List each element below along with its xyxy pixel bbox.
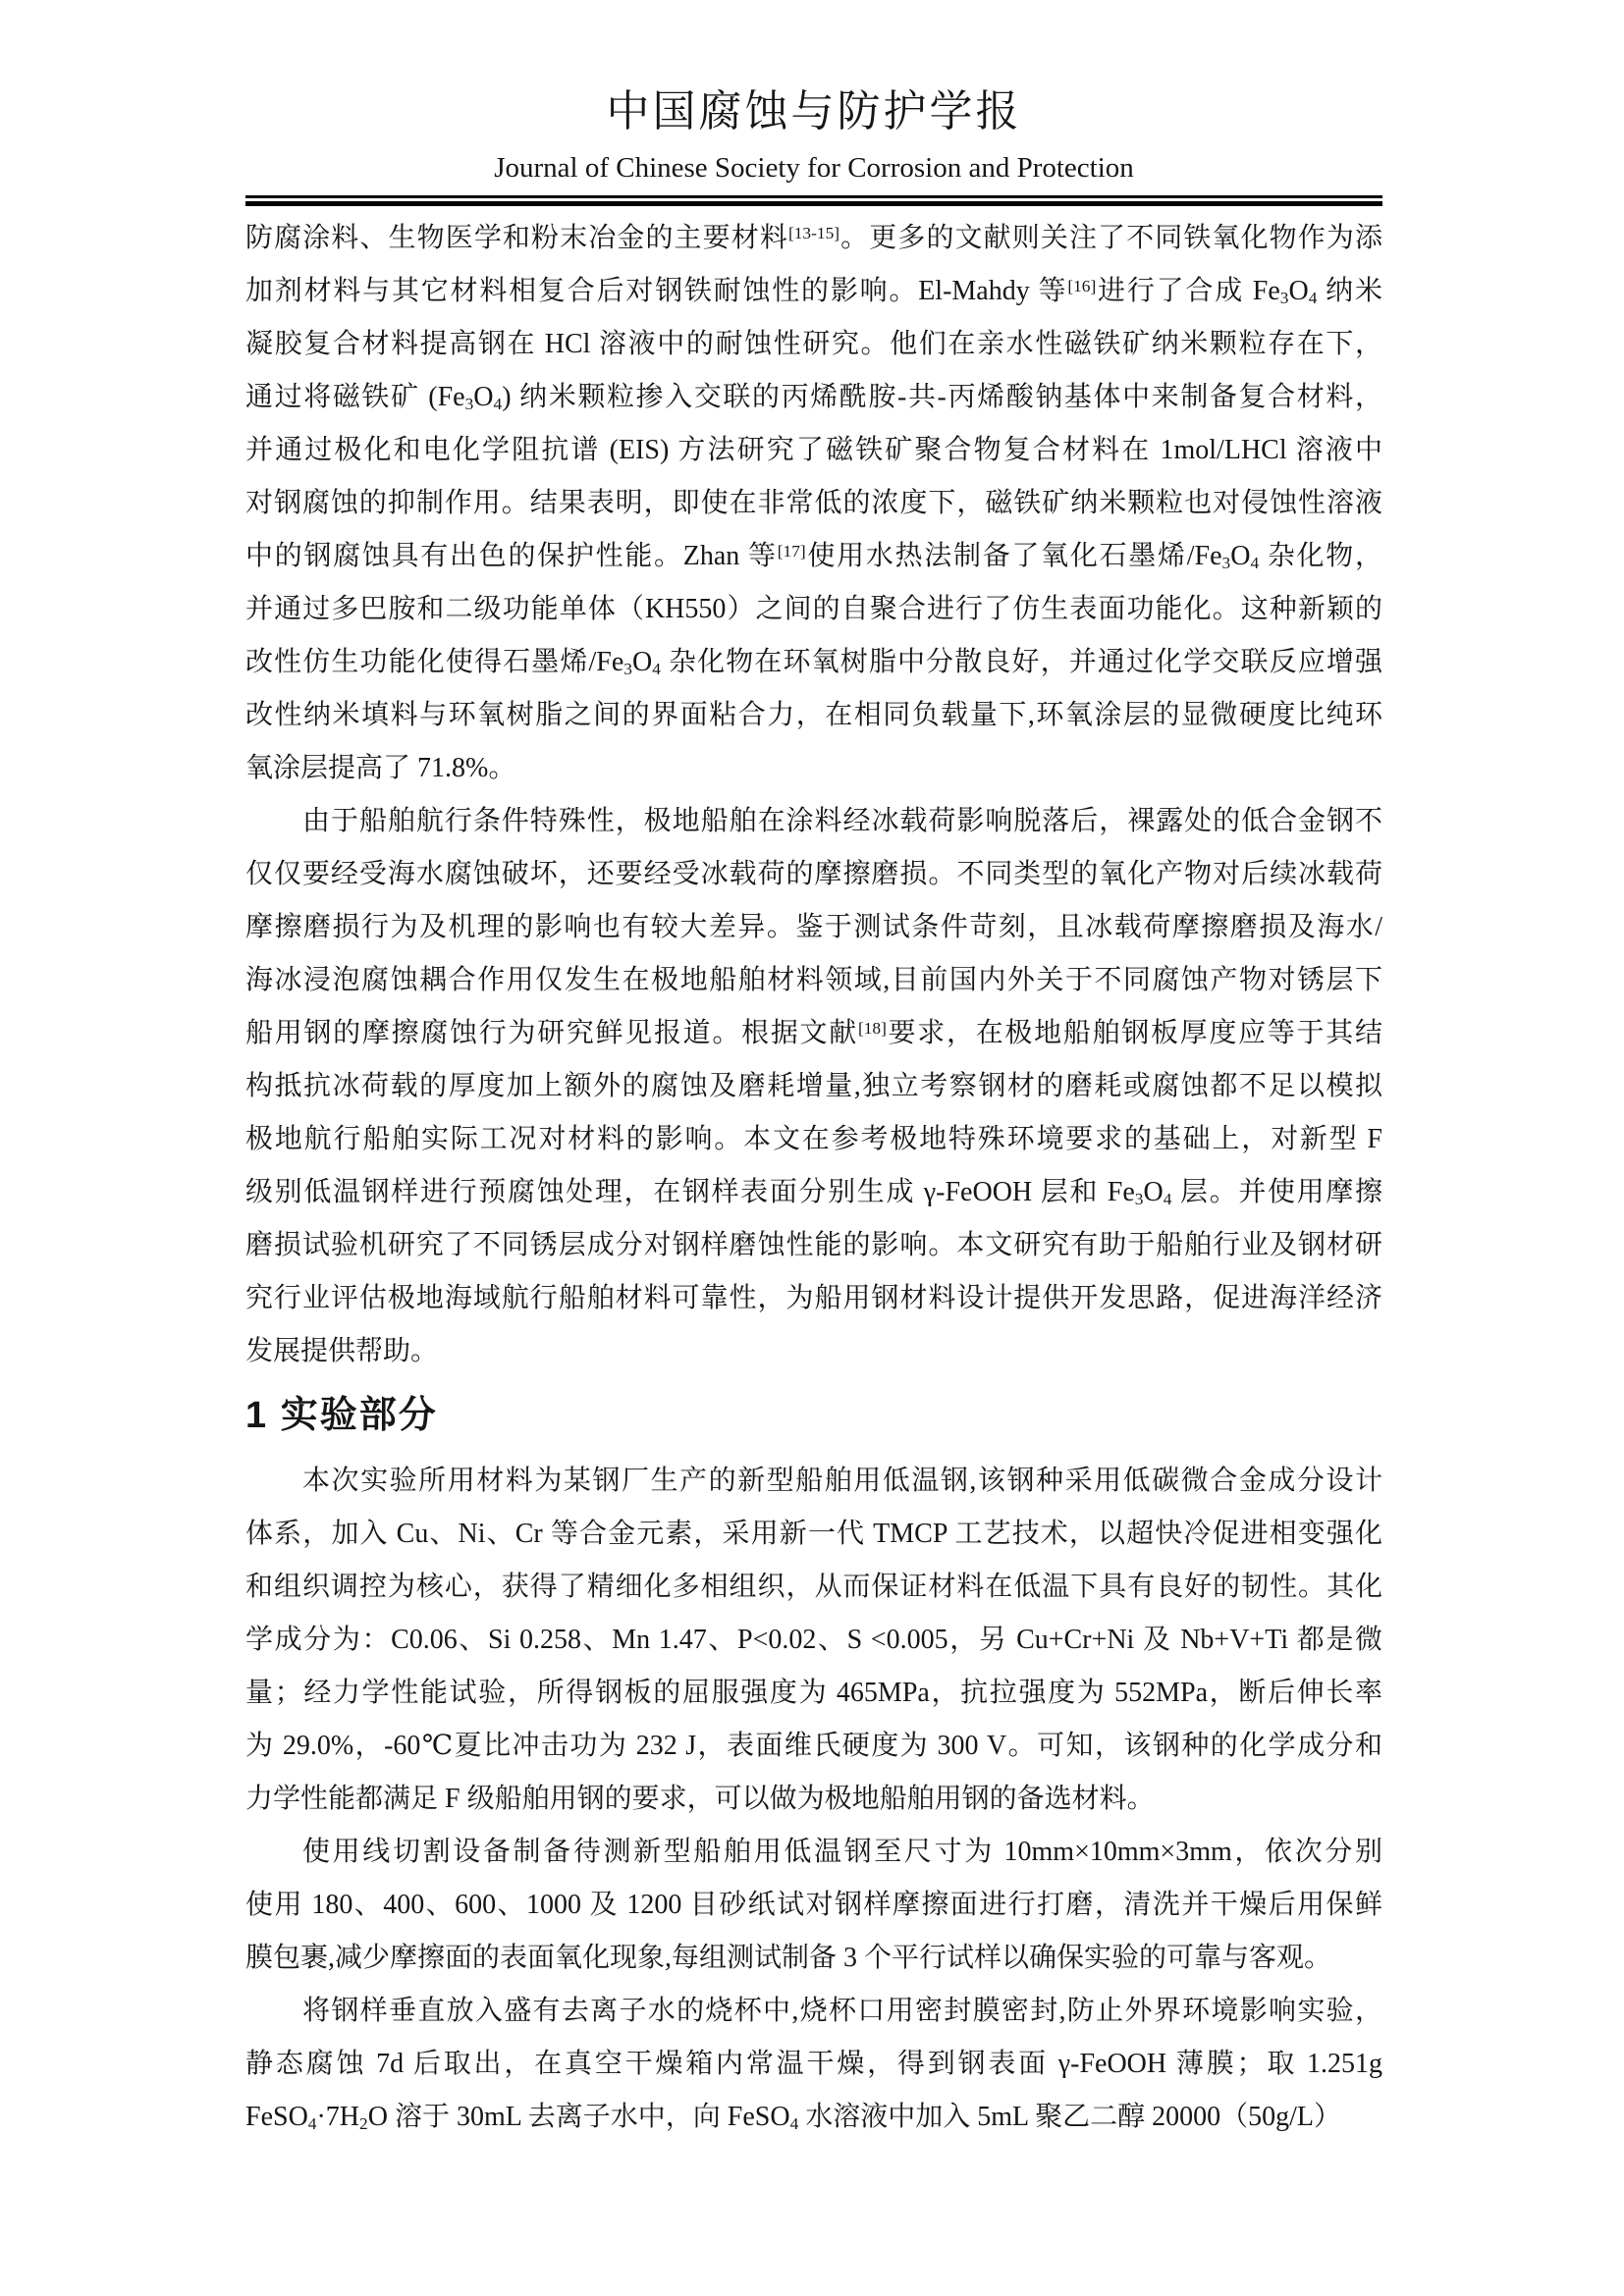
paragraph-line: 磨损试验机研究了不同锈层成分对钢样磨蚀性能的影响。本文研究有助于船舶行业及钢材研 xyxy=(245,1219,1382,1272)
paragraph-line: 摩擦磨损行为及机理的影响也有较大差异。鉴于测试条件苛刻，且冰载荷摩擦磨损及海水/ xyxy=(245,901,1382,954)
paragraph-line: 量；经力学性能试验，所得钢板的屈服强度为 465MPa，抗拉强度为 552MPa… xyxy=(245,1667,1382,1720)
text-run: 体系，加入 Cu、Ni、Cr 等合金元素，采用新一代 TMCP 工艺技术，以超快… xyxy=(245,1519,1382,1549)
text-run: 改性纳米填料与环氧树脂之间的界面粘合力，在相同负载量下,环氧涂层的显微硬度比纯环 xyxy=(245,700,1382,730)
paragraph-line: 静态腐蚀 7d 后取出，在真空干燥箱内常温干燥，得到钢表面 γ-FeOOH 薄膜… xyxy=(245,2038,1382,2091)
paragraph-line: 将钢样垂直放入盛有去离子水的烧杯中,烧杯口用密封膜密封,防止外界环境影响实验， xyxy=(245,1985,1382,2038)
paragraph-line: 仅仅要经受海水腐蚀破坏，还要经受冰载荷的摩擦磨损。不同类型的氧化产物对后续冰载荷 xyxy=(245,848,1382,901)
paragraph-line: 和组织调控为核心，获得了精细化多相组织，从而保证材料在低温下具有良好的韧性。其化 xyxy=(245,1561,1382,1614)
paragraph-line: 并通过多巴胺和二级功能单体（KH550）之间的自聚合进行了仿生表面功能化。这种新… xyxy=(245,583,1382,636)
text-run: O xyxy=(1143,1177,1163,1207)
text-run: FeSO xyxy=(245,2102,308,2132)
text-run: 中的钢腐蚀具有出色的保护性能。Zhan 等 xyxy=(245,541,778,571)
text-run: 对钢腐蚀的抑制作用。结果表明，即使在非常低的浓度下，磁铁矿纳米颗粒也对侵蚀性溶液 xyxy=(245,488,1382,518)
text-run: 海冰浸泡腐蚀耦合作用仅发生在极地船舶材料领域,目前国内外关于不同腐蚀产物对锈层下 xyxy=(245,965,1382,995)
paragraph-line: 凝胶复合材料提高钢在 HCl 溶液中的耐蚀性研究。他们在亲水性磁铁矿纳米颗粒存在… xyxy=(245,318,1382,371)
paragraph-line: 改性仿生功能化使得石墨烯/Fe3O4 杂化物在环氧树脂中分散良好，并通过化学交联… xyxy=(245,636,1382,689)
section-heading: 1 实验部分 xyxy=(245,1388,1382,1443)
text-run: 本次实验所用材料为某钢厂生产的新型船舶用低温钢,该钢种采用低碳微合金成分设计 xyxy=(302,1466,1382,1496)
journal-masthead: 中国腐蚀与防护学报 Journal of Chinese Society for… xyxy=(245,86,1382,206)
text-run: 极地航行船舶实际工况对材料的影响。本文在参考极地特殊环境要求的基础上，对新型 F xyxy=(245,1124,1382,1154)
paragraph-line: 改性纳米填料与环氧树脂之间的界面粘合力，在相同负载量下,环氧涂层的显微硬度比纯环 xyxy=(245,689,1382,742)
paragraph-line: 力学性能都满足 F 级船舶用钢的要求，可以做为极地船舶用钢的备选材料。 xyxy=(245,1773,1382,1826)
chemical-subscript: 3 xyxy=(623,660,632,678)
paragraph-line: FeSO4·7H2O 溶于 30mL 去离子水中，向 FeSO4 水溶液中加入 … xyxy=(245,2091,1382,2144)
text-run: 学成分为：C0.06、Si 0.258、Mn 1.47、P<0.02、S <0.… xyxy=(245,1625,1382,1655)
text-run: 使用线切割设备制备待测新型船舶用低温钢至尺寸为 10mm×10mm×3mm，依次… xyxy=(302,1837,1382,1867)
paragraph-line: 由于船舶航行条件特殊性，极地船舶在涂料经冰载荷影响脱落后，裸露处的低合金钢不 xyxy=(245,795,1382,848)
text-run: 由于船舶航行条件特殊性，极地船舶在涂料经冰载荷影响脱落后，裸露处的低合金钢不 xyxy=(302,806,1382,836)
text-run: 通过将磁铁矿 (Fe xyxy=(245,382,465,412)
text-run: 和组织调控为核心，获得了精细化多相组织，从而保证材料在低温下具有良好的韧性。其化 xyxy=(245,1572,1382,1602)
text-run: 纳米 xyxy=(1317,276,1382,306)
paragraph-line: 级别低温钢样进行预腐蚀处理，在钢样表面分别生成 γ-FeOOH 层和 Fe3O4… xyxy=(245,1166,1382,1219)
text-run: 发展提供帮助。 xyxy=(245,1336,438,1366)
text-run: 要求，在极地船舶钢板厚度应等于其结 xyxy=(887,1018,1382,1048)
paragraph-line: 体系，加入 Cu、Ni、Cr 等合金元素，采用新一代 TMCP 工艺技术，以超快… xyxy=(245,1508,1382,1561)
text-run: 使用水热法制备了氧化石墨烯/Fe xyxy=(806,541,1222,571)
text-run: 磨损试验机研究了不同锈层成分对钢样磨蚀性能的影响。本文研究有助于船舶行业及钢材研 xyxy=(245,1230,1382,1260)
paragraph-line: 并通过极化和电化学阻抗谱 (EIS) 方法研究了磁铁矿聚合物复合材料在 1mol… xyxy=(245,424,1382,477)
text-run: O xyxy=(1288,276,1308,306)
text-run: 氧涂层提高了 71.8%。 xyxy=(245,753,515,783)
text-run: 杂化物在环氧树脂中分散良好，并通过化学交联反应增强 xyxy=(661,647,1382,677)
text-run: 。更多的文献则关注了不同铁氧化物作为添 xyxy=(839,223,1382,253)
document-body: 防腐涂料、生物医学和粉末冶金的主要材料[13-15]。更多的文献则关注了不同铁氧… xyxy=(245,212,1382,2144)
text-run: 使用 180、400、600、1000 及 1200 目砂纸试对钢样摩擦面进行打… xyxy=(245,1890,1382,1920)
paragraph-line: 对钢腐蚀的抑制作用。结果表明，即使在非常低的浓度下，磁铁矿纳米颗粒也对侵蚀性溶液 xyxy=(245,477,1382,530)
text-run: O 溶于 30mL 去离子水中，向 FeSO xyxy=(368,2102,790,2132)
paragraph-line: 学成分为：C0.06、Si 0.258、Mn 1.47、P<0.02、S <0.… xyxy=(245,1614,1382,1667)
text-run: 为 29.0%，-60℃夏比冲击功为 232 J，表面维氏硬度为 300 V。可… xyxy=(245,1731,1382,1761)
text-run: 凝胶复合材料提高钢在 HCl 溶液中的耐蚀性研究。他们在亲水性磁铁矿纳米颗粒存在… xyxy=(245,329,1382,359)
paragraph-line: 中的钢腐蚀具有出色的保护性能。Zhan 等[17]使用水热法制备了氧化石墨烯/F… xyxy=(245,530,1382,583)
header-double-rule xyxy=(245,195,1382,206)
text-run: 级别低温钢样进行预腐蚀处理，在钢样表面分别生成 γ-FeOOH 层和 Fe xyxy=(245,1177,1135,1207)
paragraph-line: 使用 180、400、600、1000 及 1200 目砂纸试对钢样摩擦面进行打… xyxy=(245,1879,1382,1932)
text-run: 进行了合成 Fe xyxy=(1096,276,1280,306)
chemical-subscript: 3 xyxy=(465,395,474,413)
paragraph-line: 通过将磁铁矿 (Fe3O4) 纳米颗粒掺入交联的丙烯酰胺-共-丙烯酸钠基体中来制… xyxy=(245,371,1382,424)
chemical-subscript: 3 xyxy=(1280,289,1289,307)
text-run: ) 纳米颗粒掺入交联的丙烯酰胺-共-丙烯酸钠基体中来制备复合材料， xyxy=(502,382,1382,412)
text-run: 静态腐蚀 7d 后取出，在真空干燥箱内常温干燥，得到钢表面 γ-FeOOH 薄膜… xyxy=(245,2049,1382,2079)
paragraph-line: 膜包裹,减少摩擦面的表面氧化现象,每组测试制备 3 个平行试样以确保实验的可靠与… xyxy=(245,1932,1382,1985)
text-run: ·7H xyxy=(316,2102,359,2132)
journal-title-en: Journal of Chinese Society for Corrosion… xyxy=(245,151,1382,185)
text-run: 将钢样垂直放入盛有去离子水的烧杯中,烧杯口用密封膜密封,防止外界环境影响实验， xyxy=(302,1996,1382,2026)
text-run: 力学性能都满足 F 级船舶用钢的要求，可以做为极地船舶用钢的备选材料。 xyxy=(245,1784,1155,1814)
text-run: 层。并使用摩擦 xyxy=(1171,1177,1382,1207)
text-run: 防腐涂料、生物医学和粉末冶金的主要材料 xyxy=(245,223,788,253)
paragraph-line: 本次实验所用材料为某钢厂生产的新型船舶用低温钢,该钢种采用低碳微合金成分设计 xyxy=(245,1455,1382,1508)
chemical-subscript: 3 xyxy=(1222,554,1231,572)
text-run: 仅仅要经受海水腐蚀破坏，还要经受冰载荷的摩擦磨损。不同类型的氧化产物对后续冰载荷 xyxy=(245,859,1382,889)
text-run: 改性仿生功能化使得石墨烯/Fe xyxy=(245,647,623,677)
chemical-subscript: 3 xyxy=(1135,1190,1144,1208)
text-run: 膜包裹,减少摩擦面的表面氧化现象,每组测试制备 3 个平行试样以确保实验的可靠与… xyxy=(245,1943,1331,1973)
paragraph-line: 氧涂层提高了 71.8%。 xyxy=(245,742,1382,795)
chemical-subscript: 4 xyxy=(494,395,503,413)
text-run: 杂化物， xyxy=(1259,541,1382,571)
text-run: 究行业评估极地海域航行船舶材料可靠性，为船用钢材料设计提供开发思路，促进海洋经济 xyxy=(245,1283,1382,1313)
chemical-subscript: 4 xyxy=(652,660,661,678)
chemical-subscript: 4 xyxy=(308,2114,317,2133)
text-run: O xyxy=(1230,541,1250,571)
chemical-subscript: 4 xyxy=(1250,554,1259,572)
paragraph-line: 船用钢的摩擦腐蚀行为研究鲜见报道。根据文献[18]要求，在极地船舶钢板厚度应等于… xyxy=(245,1007,1382,1060)
text-run: 船用钢的摩擦腐蚀行为研究鲜见报道。根据文献 xyxy=(245,1018,858,1048)
chemical-subscript: 4 xyxy=(1164,1190,1172,1208)
paragraph-line: 极地航行船舶实际工况对材料的影响。本文在参考极地特殊环境要求的基础上，对新型 F xyxy=(245,1113,1382,1166)
text-run: 加剂材料与其它材料相复合后对钢铁耐蚀性的影响。El-Mahdy 等 xyxy=(245,276,1067,306)
text-run: 并通过多巴胺和二级功能单体（KH550）之间的自聚合进行了仿生表面功能化。这种新… xyxy=(245,594,1382,624)
paragraph-line: 防腐涂料、生物医学和粉末冶金的主要材料[13-15]。更多的文献则关注了不同铁氧… xyxy=(245,212,1382,265)
chemical-subscript: 2 xyxy=(359,2114,368,2133)
citation-superscript: [17] xyxy=(778,542,806,561)
text-run: O xyxy=(473,382,493,412)
paragraph-line: 为 29.0%，-60℃夏比冲击功为 232 J，表面维氏硬度为 300 V。可… xyxy=(245,1720,1382,1773)
chemical-subscript: 4 xyxy=(1309,289,1318,307)
paragraph-line: 构抵抗冰荷载的厚度加上额外的腐蚀及磨耗增量,独立考察钢材的磨耗或腐蚀都不足以模拟 xyxy=(245,1060,1382,1113)
paragraph-line: 使用线切割设备制备待测新型船舶用低温钢至尺寸为 10mm×10mm×3mm，依次… xyxy=(245,1826,1382,1879)
citation-superscript: [18] xyxy=(858,1019,887,1038)
chemical-subscript: 4 xyxy=(790,2114,799,2133)
citation-superscript: [16] xyxy=(1067,277,1096,295)
journal-title-zh: 中国腐蚀与防护学报 xyxy=(245,86,1382,137)
document-page: 中国腐蚀与防护学报 Journal of Chinese Society for… xyxy=(0,0,1624,2296)
paragraph-line: 究行业评估极地海域航行船舶材料可靠性，为船用钢材料设计提供开发思路，促进海洋经济 xyxy=(245,1272,1382,1325)
citation-superscript: [13-15] xyxy=(788,224,839,242)
text-run: O xyxy=(632,647,652,677)
paragraph-line: 海冰浸泡腐蚀耦合作用仅发生在极地船舶材料领域,目前国内外关于不同腐蚀产物对锈层下 xyxy=(245,954,1382,1007)
text-run: 水溶液中加入 5mL 聚乙二醇 20000（50g/L） xyxy=(798,2102,1341,2132)
paragraph-line: 加剂材料与其它材料相复合后对钢铁耐蚀性的影响。El-Mahdy 等[16]进行了… xyxy=(245,265,1382,318)
text-run: 构抵抗冰荷载的厚度加上额外的腐蚀及磨耗增量,独立考察钢材的磨耗或腐蚀都不足以模拟 xyxy=(245,1071,1382,1101)
text-run: 摩擦磨损行为及机理的影响也有较大差异。鉴于测试条件苛刻，且冰载荷摩擦磨损及海水/ xyxy=(245,912,1382,942)
paragraph-line: 发展提供帮助。 xyxy=(245,1325,1382,1378)
text-run: 并通过极化和电化学阻抗谱 (EIS) 方法研究了磁铁矿聚合物复合材料在 1mol… xyxy=(245,435,1382,465)
text-run: 量；经力学性能试验，所得钢板的屈服强度为 465MPa，抗拉强度为 552MPa… xyxy=(245,1678,1382,1708)
